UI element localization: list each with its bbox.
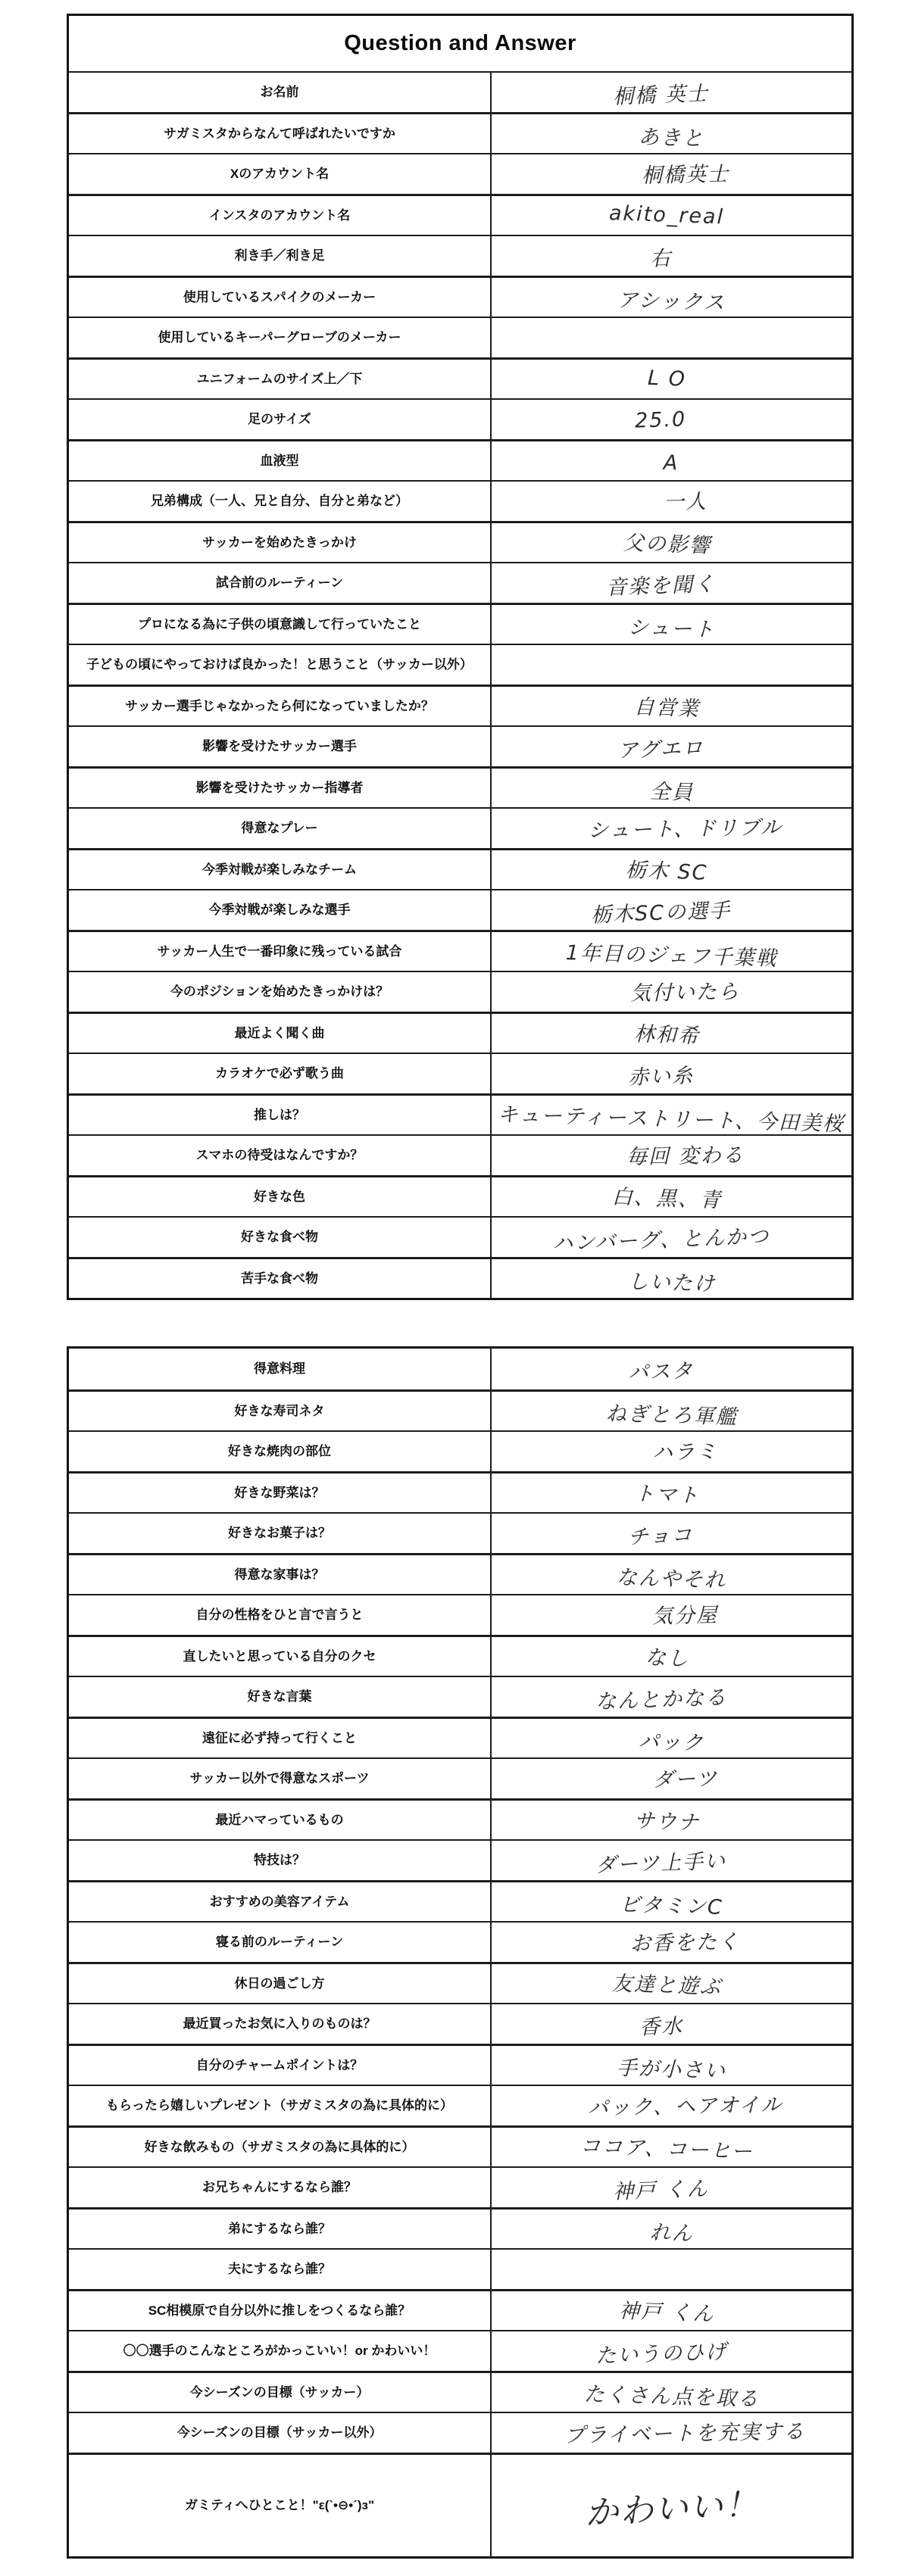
- qa-row: 直したいと思っている自分のクセなし: [69, 1635, 851, 1676]
- handwritten-answer: ねぎとろ軍艦: [605, 1397, 738, 1430]
- qa-row: 好きなお菓子は？チョコ: [69, 1512, 851, 1553]
- qa-row: プロになる為に子供の頃意識して行っていたことシュート: [69, 603, 851, 644]
- question-cell: 今季対戦が楽しみな選手: [69, 890, 492, 930]
- qa-row: 好きな色白、黒、青: [69, 1175, 851, 1216]
- handwritten-answer: 林和希: [633, 1017, 700, 1049]
- qa-row: 自分のチャームポイントは？手が小さい: [69, 2044, 851, 2085]
- qa-row: お兄ちゃんにするなら誰？神戸 くん: [69, 2166, 851, 2207]
- answer-cell: パック、ヘアオイル: [492, 2086, 851, 2125]
- question-cell: 最近ハマっているもの: [69, 1801, 492, 1839]
- handwritten-answer: れん: [649, 2216, 694, 2247]
- answer-cell: れん: [492, 2210, 851, 2248]
- question-cell: 休日の過ごし方: [69, 1964, 492, 2003]
- handwritten-answer: たくさん点を取る: [583, 2378, 760, 2412]
- question-cell: SC相模原で自分以外に推しをつくるなら誰？: [69, 2291, 492, 2330]
- qa-row: 最近買ったお気に入りのものは？香水: [69, 2003, 851, 2044]
- handwritten-answer: 白、黒、青: [611, 1180, 722, 1213]
- answer-cell: プライベートを充実する: [492, 2413, 851, 2453]
- question-cell: 得意料理: [69, 1349, 492, 1389]
- handwritten-answer: 父の影響: [623, 526, 711, 559]
- qa-row: 影響を受けたサッカー選手アグエロ: [69, 725, 851, 766]
- qa-row: ガミティへひとこと！"ε(`•⊖•´)з"かわいい！: [69, 2453, 851, 2556]
- handwritten-answer: パスタ: [627, 1353, 694, 1385]
- handwritten-answer: 桐橋英士: [641, 157, 729, 188]
- handwritten-answer: 神戸 くん: [613, 2172, 710, 2204]
- handwritten-answer: ダーツ: [652, 1761, 718, 1792]
- answer-cell: キューティーストリート、今田美桜: [492, 1096, 851, 1134]
- handwritten-answer: ダーツ上手い: [595, 1844, 726, 1878]
- question-cell: 弟にするなら誰？: [69, 2210, 492, 2248]
- question-cell: 遠征に必ず持って行くこと: [69, 1719, 492, 1757]
- handwritten-answer: チョコ: [628, 1517, 695, 1549]
- question-cell: お名前: [69, 73, 492, 112]
- qa-row: 足のサイズ25.0: [69, 398, 851, 439]
- handwritten-answer: トマト: [633, 1477, 700, 1508]
- qa-row: ユニフォームのサイズ上／下L O: [69, 357, 851, 398]
- question-cell: お兄ちゃんにするなら誰？: [69, 2168, 492, 2207]
- answer-cell: あきと: [492, 114, 851, 153]
- qa-row: サッカー人生で一番印象に残っている試合1年目のジェフ千葉戦: [69, 930, 851, 971]
- handwritten-answer: A: [664, 451, 679, 476]
- question-cell: 夫にするなら誰？: [69, 2250, 492, 2289]
- handwritten-answer: 全員: [649, 775, 694, 806]
- question-cell: 直したいと思っている自分のクセ: [69, 1637, 492, 1676]
- qa-table-2: 得意料理パスタ好きな寿司ネタねぎとろ軍艦好きな焼肉の部位ハラミ好きな野菜は？トマ…: [67, 1346, 854, 2559]
- answer-cell: ダーツ上手い: [492, 1841, 851, 1880]
- question-cell: サッカー以外で得意なスポーツ: [69, 1759, 492, 1798]
- qa-row: 得意料理パスタ: [69, 1349, 851, 1389]
- answer-cell: アグエロ: [492, 727, 851, 766]
- qa-row: 血液型A: [69, 439, 851, 480]
- question-cell: 利き手／利き足: [69, 236, 492, 276]
- qa-row: おすすめの美容アイテムビタミンC: [69, 1880, 851, 1921]
- qa-row: 遠征に必ず持って行くことパック: [69, 1717, 851, 1757]
- handwritten-answer: 一人: [663, 485, 708, 515]
- handwritten-answer: 友達と遊ぶ: [611, 1966, 722, 2000]
- qa-row: お名前桐橋 英士: [69, 71, 851, 112]
- qa-row: Xのアカウント名桐橋英士: [69, 153, 851, 194]
- question-cell: 血液型: [69, 441, 492, 480]
- question-cell: 好きな焼肉の部位: [69, 1432, 492, 1471]
- handwritten-answer: アシックス: [617, 283, 726, 316]
- question-cell: 自分のチャームポイントは？: [69, 2046, 492, 2085]
- answer-cell: ダーツ: [492, 1759, 851, 1798]
- qa-row: 推しは？キューティーストリート、今田美桜: [69, 1093, 851, 1134]
- answer-cell: 父の影響: [492, 523, 851, 562]
- qa-row: 好きな食べ物ハンバーグ、とんかつ: [69, 1216, 851, 1257]
- answer-cell: アシックス: [492, 278, 851, 317]
- qa-row: 特技は？ダーツ上手い: [69, 1839, 851, 1880]
- handwritten-answer: パック: [638, 1725, 704, 1756]
- qa-row: 影響を受けたサッカー指導者全員: [69, 766, 851, 807]
- handwritten-answer: 1年目のジェフ千葉戦: [565, 936, 778, 971]
- handwritten-answer: たいうのひげ: [595, 2334, 727, 2369]
- answer-cell: 気付いたら: [492, 972, 851, 1012]
- question-cell: インスタのアカウント名: [69, 196, 492, 235]
- question-cell: 苦手な食べ物: [69, 1259, 492, 1298]
- sheet-title: Question and Answer: [69, 16, 851, 71]
- qa-row: 夫にするなら誰？: [69, 2248, 851, 2289]
- answer-cell: たいうのひげ: [492, 2331, 851, 2371]
- answer-cell: パスタ: [492, 1349, 851, 1389]
- qa-row: 自分の性格をひと言で言うと気分屋: [69, 1594, 851, 1635]
- answer-cell: 1年目のジェフ千葉戦: [492, 932, 851, 971]
- question-cell: 好きな野菜は？: [69, 1474, 492, 1512]
- qa-row: 寝る前のルーティーンお香をたく: [69, 1921, 851, 1962]
- answer-cell: 一人: [492, 482, 851, 521]
- question-cell: 使用しているキーパーグローブのメーカー: [69, 318, 492, 357]
- answer-cell: 神戸 くん: [492, 2168, 851, 2207]
- handwritten-answer: 栃木 SC: [626, 853, 709, 886]
- answer-cell: 全員: [492, 769, 851, 807]
- qa-row: 最近よく聞く曲林和希: [69, 1012, 851, 1053]
- handwritten-answer: akito_real: [609, 201, 725, 229]
- qa-row: 好きな野菜は？トマト: [69, 1471, 851, 1512]
- question-cell: スマホの待受はなんですか？: [69, 1136, 492, 1175]
- handwritten-answer: 栃木SCの選手: [590, 893, 731, 928]
- question-cell: 今のポジションを始めたきっかけは？: [69, 972, 492, 1012]
- question-cell: 影響を受けたサッカー選手: [69, 727, 492, 766]
- question-cell: 最近よく聞く曲: [69, 1014, 492, 1053]
- qa-row: SC相模原で自分以外に推しをつくるなら誰？神戸 くん: [69, 2289, 851, 2330]
- question-cell: 好きな飲みもの（サガミスタの為に具体的に）: [69, 2128, 492, 2166]
- handwritten-answer: かわいい！: [583, 2477, 760, 2534]
- answer-cell: 白、黒、青: [492, 1177, 851, 1216]
- handwritten-answer: なし: [645, 1641, 689, 1672]
- handwritten-answer: 赤い糸: [627, 1058, 694, 1090]
- answer-cell: A: [492, 441, 851, 480]
- handwritten-answer: ハラミ: [652, 1434, 719, 1465]
- answer-cell: [492, 318, 851, 357]
- qa-row: 子どもの頃にやっておけば良かった！と思うこと（サッカー以外）: [69, 644, 851, 685]
- question-cell: 推しは？: [69, 1096, 492, 1134]
- answer-cell: 栃木SCの選手: [492, 890, 851, 930]
- answer-cell: パック: [492, 1719, 851, 1757]
- question-cell: 好きな寿司ネタ: [69, 1392, 492, 1430]
- handwritten-answer: 気付いたら: [630, 975, 741, 1006]
- answer-cell: L O: [492, 360, 851, 398]
- question-cell: 好きなお菓子は？: [69, 1514, 492, 1553]
- qa-row: 今シーズンの目標（サッカー）たくさん点を取る: [69, 2371, 851, 2412]
- question-cell: ガミティへひとこと！"ε(`•⊖•´)з": [69, 2455, 492, 2556]
- question-cell: 〇〇選手のこんなところがかっこいい！or かわいい！: [69, 2331, 492, 2371]
- answer-cell: 林和希: [492, 1014, 851, 1053]
- answer-cell: たくさん点を取る: [492, 2373, 851, 2412]
- answer-cell: シュート: [492, 605, 851, 644]
- qa-row: 好きな飲みもの（サガミスタの為に具体的に）ココア、コーヒー: [69, 2125, 851, 2166]
- handwritten-answer: 25.0: [635, 407, 687, 432]
- question-cell: 試合前のルーティーン: [69, 563, 492, 603]
- qa-row: 今シーズンの目標（サッカー以外）プライベートを充実する: [69, 2412, 851, 2453]
- qa-row: カラオケで必ず歌う曲赤い糸: [69, 1053, 851, 1093]
- question-cell: 特技は？: [69, 1841, 492, 1880]
- answer-cell: 音楽を聞く: [492, 563, 851, 603]
- handwritten-answer: 手が小さい: [616, 2051, 726, 2084]
- answer-cell: ハラミ: [492, 1432, 851, 1471]
- question-cell: 最近買ったお気に入りのものは？: [69, 2004, 492, 2044]
- answer-cell: なんとかなる: [492, 1677, 851, 1717]
- qa-row: 苦手な食べ物しいたけ: [69, 1257, 851, 1298]
- handwritten-answer: 香水: [639, 2009, 683, 2040]
- answer-cell: 25.0: [492, 400, 851, 439]
- question-cell: Xのアカウント名: [69, 154, 492, 194]
- answer-cell: ココア、コーヒー: [492, 2128, 851, 2166]
- qa-row: インスタのアカウント名akito_real: [69, 194, 851, 235]
- handwritten-answer: L O: [648, 366, 687, 391]
- handwritten-answer: キューティーストリート、今田美桜: [498, 1098, 845, 1134]
- answer-cell: かわいい！: [492, 2455, 851, 2556]
- handwritten-answer: なんとかなる: [595, 1680, 727, 1714]
- handwritten-answer: 自営業: [633, 690, 700, 722]
- answer-cell: 香水: [492, 2004, 851, 2044]
- question-cell: ユニフォームのサイズ上／下: [69, 360, 492, 398]
- question-cell: 兄弟構成（一人、兄と自分、自分と弟など）: [69, 482, 492, 521]
- qa-row: 利き手／利き足右: [69, 235, 851, 276]
- qa-row: サッカー選手じゃなかったら何になっていましたか？自営業: [69, 685, 851, 725]
- qa-row: 最近ハマっているものサウナ: [69, 1798, 851, 1839]
- question-cell: カラオケで必ず歌う曲: [69, 1054, 492, 1093]
- answer-cell: 手が小さい: [492, 2046, 851, 2085]
- qa-row: 好きな寿司ネタねぎとろ軍艦: [69, 1389, 851, 1430]
- qa-row: 好きな言葉なんとかなる: [69, 1676, 851, 1717]
- answer-cell: [492, 645, 851, 685]
- handwritten-answer: 桐橋 英士: [613, 76, 710, 109]
- qa-row: スマホの待受はなんですか？毎回 変わる: [69, 1134, 851, 1175]
- qa-row: 得意なプレーシュート、ドリブル: [69, 807, 851, 848]
- handwritten-answer: アグエロ: [617, 731, 705, 763]
- handwritten-answer: あきと: [638, 120, 704, 151]
- question-cell: サッカーを始めたきっかけ: [69, 523, 492, 562]
- qa-row: 今季対戦が楽しみなチーム栃木 SC: [69, 848, 851, 889]
- question-cell: 子どもの頃にやっておけば良かった！と思うこと（サッカー以外）: [69, 645, 492, 685]
- answer-cell: しいたけ: [492, 1259, 851, 1298]
- question-cell: 寝る前のルーティーン: [69, 1923, 492, 1962]
- answer-cell: お香をたく: [492, 1923, 851, 1962]
- handwritten-answer: ビタミンC: [619, 1888, 723, 1920]
- answer-cell: なんやそれ: [492, 1555, 851, 1594]
- answer-cell: トマト: [492, 1474, 851, 1512]
- qa-row: 今季対戦が楽しみな選手栃木SCの選手: [69, 889, 851, 930]
- handwritten-answer: 毎回 変わる: [626, 1138, 744, 1170]
- handwritten-answer: シュート、ドリブル: [588, 810, 783, 843]
- qa-row: サガミスタからなんて呼ばれたいですかあきと: [69, 112, 851, 153]
- qa-row: もらったら嬉しいプレゼント（サガミスタの為に具体的に）パック、ヘアオイル: [69, 2085, 851, 2125]
- question-cell: 好きな色: [69, 1177, 492, 1216]
- qa-row: 使用しているスパイクのメーカーアシックス: [69, 276, 851, 317]
- handwritten-answer: 神戸 くん: [619, 2294, 716, 2327]
- answer-cell: 友達と遊ぶ: [492, 1964, 851, 2003]
- qa-table-2-rows: 得意料理パスタ好きな寿司ネタねぎとろ軍艦好きな焼肉の部位ハラミ好きな野菜は？トマ…: [69, 1349, 851, 2556]
- qa-row: 使用しているキーパーグローブのメーカー: [69, 317, 851, 357]
- question-cell: 好きな言葉: [69, 1677, 492, 1717]
- handwritten-answer: お香をたく: [630, 1925, 741, 1957]
- answer-cell: なし: [492, 1637, 851, 1676]
- question-cell: 自分の性格をひと言で言うと: [69, 1595, 492, 1635]
- qa-row: 好きな焼肉の部位ハラミ: [69, 1430, 851, 1471]
- question-cell: サッカー人生で一番印象に残っている試合: [69, 932, 492, 971]
- answer-cell: ねぎとろ軍艦: [492, 1392, 851, 1430]
- answer-cell: 栃木 SC: [492, 850, 851, 889]
- answer-cell: [492, 2250, 851, 2289]
- qa-row: 弟にするなら誰？れん: [69, 2207, 851, 2248]
- qa-row: サッカーを始めたきっかけ父の影響: [69, 521, 851, 562]
- qa-table-1-rows: お名前桐橋 英士サガミスタからなんて呼ばれたいですかあきとXのアカウント名桐橋英…: [69, 71, 851, 1298]
- handwritten-answer: ハンバーグ、とんかつ: [551, 1219, 770, 1256]
- answer-cell: 赤い糸: [492, 1054, 851, 1093]
- question-cell: 今シーズンの目標（サッカー以外）: [69, 2413, 492, 2453]
- question-cell: サッカー選手じゃなかったら何になっていましたか？: [69, 687, 492, 725]
- answer-cell: 毎回 変わる: [492, 1136, 851, 1175]
- question-cell: 今季対戦が楽しみなチーム: [69, 850, 492, 889]
- handwritten-answer: なんやそれ: [616, 1561, 726, 1593]
- handwritten-answer: 気分屋: [652, 1598, 719, 1629]
- handwritten-answer: 右: [649, 241, 672, 271]
- qa-row: 得意な家事は？なんやそれ: [69, 1553, 851, 1594]
- qa-table-1: Question and Answer お名前桐橋 英士サガミスタからなんて呼ば…: [67, 14, 854, 1300]
- qa-row: サッカー以外で得意なスポーツダーツ: [69, 1757, 851, 1798]
- qa-row: 休日の過ごし方友達と遊ぶ: [69, 1962, 851, 2003]
- question-cell: 使用しているスパイクのメーカー: [69, 278, 492, 317]
- question-cell: プロになる為に子供の頃意識して行っていたこと: [69, 605, 492, 644]
- qa-row: 試合前のルーティーン音楽を聞く: [69, 562, 851, 603]
- question-cell: サガミスタからなんて呼ばれたいですか: [69, 114, 492, 153]
- answer-cell: 神戸 くん: [492, 2291, 851, 2330]
- handwritten-answer: ココア、コーヒー: [580, 2129, 754, 2165]
- answer-cell: 桐橋英士: [492, 154, 851, 194]
- answer-cell: ビタミンC: [492, 1882, 851, 1921]
- answer-cell: 桐橋 英士: [492, 73, 851, 112]
- question-cell: 好きな食べ物: [69, 1218, 492, 1257]
- question-cell: おすすめの美容アイテム: [69, 1882, 492, 1921]
- answer-cell: akito_real: [492, 196, 851, 235]
- answer-cell: 右: [492, 236, 851, 276]
- handwritten-answer: プライベートを充実する: [564, 2414, 806, 2448]
- answer-cell: 気分屋: [492, 1595, 851, 1635]
- handwritten-answer: シュート: [627, 610, 716, 642]
- answer-cell: チョコ: [492, 1514, 851, 1553]
- answer-cell: 自営業: [492, 687, 851, 725]
- qa-row: 今のポジションを始めたきっかけは？気付いたら: [69, 971, 851, 1012]
- handwritten-answer: サウナ: [633, 1804, 700, 1835]
- question-cell: 今シーズンの目標（サッカー）: [69, 2373, 492, 2412]
- question-cell: 得意なプレー: [69, 809, 492, 848]
- qa-row: 〇〇選手のこんなところがかっこいい！or かわいい！たいうのひげ: [69, 2330, 851, 2371]
- question-cell: 得意な家事は？: [69, 1555, 492, 1594]
- handwritten-answer: 音楽を聞く: [605, 566, 716, 600]
- question-cell: 影響を受けたサッカー指導者: [69, 769, 492, 807]
- answer-cell: ハンバーグ、とんかつ: [492, 1218, 851, 1257]
- answer-cell: シュート、ドリブル: [492, 809, 851, 848]
- handwritten-answer: パック、ヘアオイル: [587, 2088, 782, 2120]
- answer-cell: サウナ: [492, 1801, 851, 1839]
- qa-row: 兄弟構成（一人、兄と自分、自分と弟など）一人: [69, 480, 851, 521]
- question-cell: 足のサイズ: [69, 400, 492, 439]
- handwritten-answer: しいたけ: [627, 1265, 716, 1296]
- question-cell: もらったら嬉しいプレゼント（サガミスタの為に具体的に）: [69, 2086, 492, 2125]
